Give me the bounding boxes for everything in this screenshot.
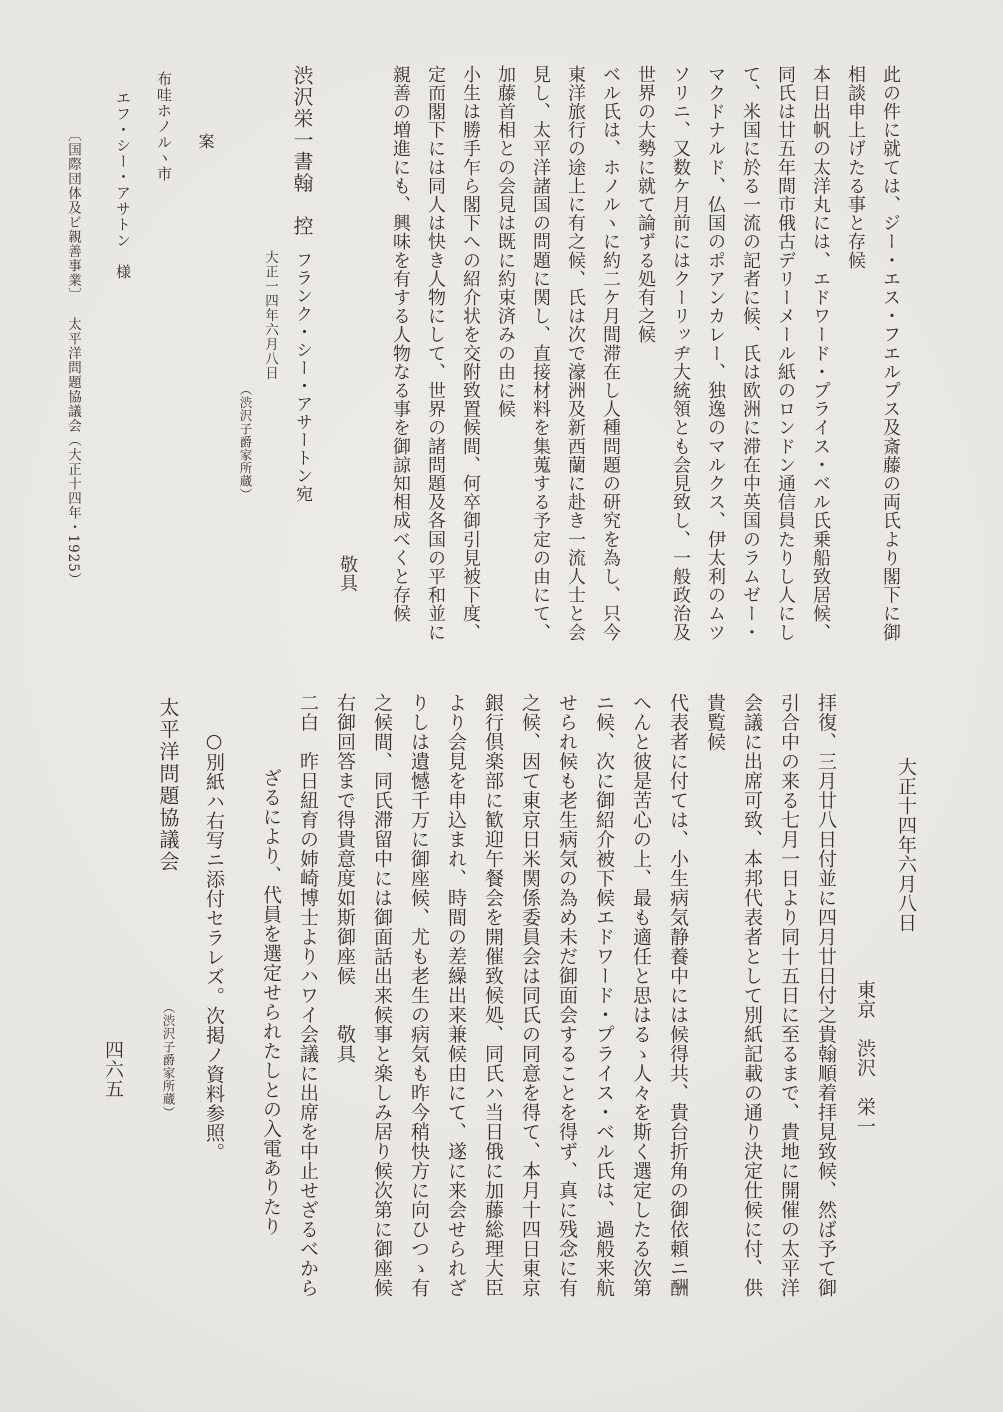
text-column: ソリニ、又数ケ月前にはクーリッヂ大統領とも会見致し、一般政治及 xyxy=(663,65,698,650)
text-column: 右御回答まで得貴意度如斯御座候 敬具 xyxy=(326,693,363,1318)
section-title: 太平洋問題協議会（大正十四年・1925） xyxy=(65,317,81,587)
text-column: りしは遺憾千万に御座候、尤も老生の病気も昨今稍快方に向ひつゝ有 xyxy=(400,693,437,1318)
spacer xyxy=(73,302,74,317)
text-column: 此の件に就ては、ジー・エス・フエルプス及斎藤の両氏より閣下に御 xyxy=(873,65,908,650)
section-category: 〔国際団体及ビ親善事業〕 xyxy=(65,128,81,302)
page-number: 四六五 xyxy=(102,693,124,1318)
text-column: て、米国に於る一流の記者に候、氏は欧洲に滞在中英国のラムゼー・ xyxy=(733,65,768,650)
letter-sender: 東京 渋沢 栄一 xyxy=(844,693,886,1318)
entry-source: （渋沢子爵家所蔵） xyxy=(232,65,258,650)
address-city: 布哇ホノルヽ市 xyxy=(150,65,178,650)
next-entry-title: 太平洋問題協議会 xyxy=(156,697,180,873)
text-column: 同氏は廿五年間市俄古デリーメール紙のロンドン通信員たりし人にし xyxy=(768,65,803,650)
entry-title: 渋沢栄一書翰 控 xyxy=(290,65,314,237)
text-column: 見し、太平洋諸国の問題に関し、直接材料を集蒐する予定の由にて、 xyxy=(523,65,558,650)
text-column: 定而閣下には同人は快き人物にして、世界の諸問題及各国の平和並に xyxy=(418,65,453,650)
text-column: 相談申上げたる事と存候 xyxy=(838,65,873,650)
text-column: 引合中の来る七月一日より同十五日に至るまで、貴地に開催の太平洋 xyxy=(770,693,807,1318)
letter-date: 大正十四年六月八日 xyxy=(892,693,920,1318)
text-column: 銀行倶楽部に歓迎午餐会を開催致候処、同氏ハ当日俄に加藤総理大臣 xyxy=(474,693,511,1318)
text-column: 親善の増進にも、興味を有する人物なる事を御諒知相成べくと存候 xyxy=(383,65,418,650)
entry-header-column: 渋沢栄一書翰 控フランク・シー・アサートン宛 xyxy=(282,65,322,650)
text-column: 東洋旅行の途上に有之候、氏は次で濠洲及新西蘭に赴き一流人士と会 xyxy=(558,65,593,650)
text-column: 之候間、同氏滞留中には御面話出来候事と楽しみ居り候次第に御座候 xyxy=(363,693,400,1318)
section-label-column: 〔国際団体及ビ親善事業〕太平洋問題協議会（大正十四年・1925） xyxy=(58,65,88,650)
scanned-document-page: 此の件に就ては、ジー・エス・フエルプス及斎藤の両氏より閣下に御 相談申上げたる事… xyxy=(0,0,1003,1412)
text-column: 代表者に付ては、小生病気静養中には候得共、貴台折角の御依頼ニ酬 xyxy=(659,693,696,1318)
text-column: 二白 昨日紐育の姉崎博士よりハワイ会議に出席を中止せざるべから xyxy=(289,693,326,1318)
address-recipient: エフ・シー・アサトン 様 xyxy=(108,65,138,650)
text-column: へんと彼是苦心の上、最も適任と思はるゝ人々を斯く選定したる次第 xyxy=(622,693,659,1318)
text-column: 拝復、三月廿八日付並に四月廿日付之貴翰順着拝見致候、然ば予て御 xyxy=(807,693,844,1318)
bottom-register: 大正十四年六月八日 東京 渋沢 栄一 拝復、三月廿八日付並に四月廿日付之貴翰順着… xyxy=(102,693,920,1318)
entry-addressee: フランク・シー・アサートン宛 xyxy=(292,251,312,503)
text-column: ざるにより、代員を選定せられたしとの入電ありたり xyxy=(252,693,289,1318)
text-column: ニ候、次に御紹介被下候エドワード・プライス・ベル氏は、過般来航 xyxy=(585,693,622,1318)
entry-date: 大正一四年六月八日 xyxy=(258,65,282,650)
next-entry-column: 太平洋問題協議会（渋沢子爵家所蔵） xyxy=(146,693,190,1318)
text-column: 会議に出席可致、本邦代表者として別紙記載の通り決定仕候に付、供 xyxy=(733,693,770,1318)
text-column: 世界の大勢に就て論ずる処有之候 xyxy=(628,65,663,650)
text-column: 小生は勝手乍ら閣下への紹介状を交附致置候間、何卒御引見被下度、 xyxy=(453,65,488,650)
text-column: 貴覧候 xyxy=(696,693,733,1318)
next-entry-source: （渋沢子爵家所蔵） xyxy=(161,1001,176,1119)
text-column: 之候、因て東京日米関係委員会は同氏の同意を得て、本月十四日東京 xyxy=(511,693,548,1318)
text-column: より会見を申込まれ、時間の差繰出来兼候由にて、遂に来会せられざ xyxy=(437,693,474,1318)
closing-salutation: 敬具 xyxy=(330,65,365,650)
draft-label: 案 xyxy=(190,65,220,650)
top-register: 此の件に就ては、ジー・エス・フエルプス及斎藤の両氏より閣下に御 相談申上げたる事… xyxy=(58,65,908,650)
editorial-note: ○別紙ハ右写ニ添付セラレズ。次掲ノ資料参照。 xyxy=(200,693,228,1318)
text-column: 本日出帆の太洋丸には、エドワード・プライス・ベル氏乗船致居候、 xyxy=(803,65,838,650)
spacer xyxy=(302,237,303,251)
text-column: マクドナルド、仏国のポアンカレー、独逸のマルクス、伊太利のムツ xyxy=(698,65,733,650)
text-column: せられ候も老生病気の為め未だ御面会することを得ず、真に残念に有 xyxy=(548,693,585,1318)
text-column: ベル氏は、ホノルヽに約二ケ月間滞在し人種問題の研究を為し、只今 xyxy=(593,65,628,650)
text-column: 加藤首相との会見は既に約束済みの由に候 xyxy=(488,65,523,650)
spacer xyxy=(168,873,169,1001)
